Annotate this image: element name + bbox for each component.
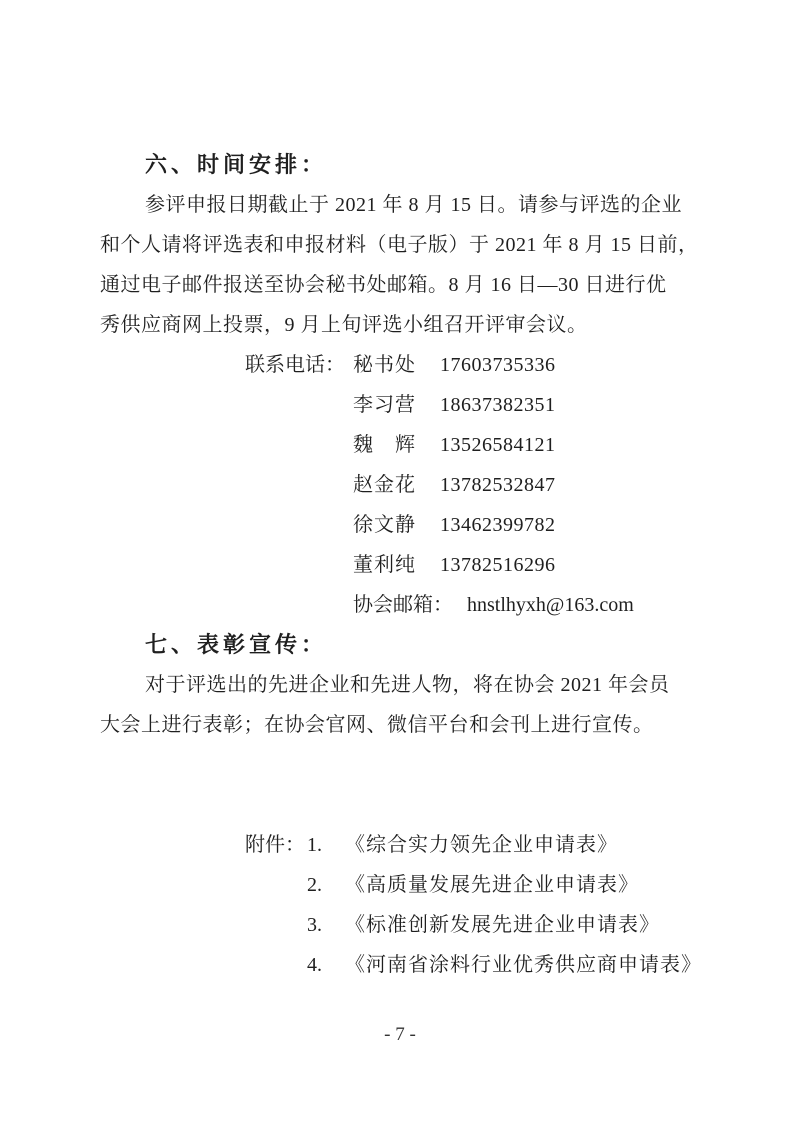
- contact-label-spacer: [245, 385, 353, 425]
- contact-phone: 13526584121: [440, 425, 556, 465]
- contact-label-spacer: [245, 465, 353, 505]
- attachment-number: 3.: [307, 905, 345, 945]
- contact-name: 魏 辉: [353, 425, 440, 465]
- paragraph-publicity: 对于评选出的先进企业和先进人物，将在协会 2021 年会员 大会上进行表彰；在协…: [100, 665, 700, 745]
- attachment-number: 4.: [307, 945, 345, 985]
- email-address: hnstlhyxh@163.com: [467, 585, 634, 625]
- contact-row: 徐文静 13462399782: [100, 505, 700, 545]
- attachment-title: 《河南省涂料行业优秀供应商申请表》: [345, 945, 702, 985]
- contact-name: 徐文静: [353, 505, 440, 545]
- attachment-title: 《高质量发展先进企业申请表》: [345, 865, 639, 905]
- contact-label-spacer: [245, 425, 353, 465]
- contact-row: 赵金花 13782532847: [100, 465, 700, 505]
- contact-list-label: 联系电话：: [245, 345, 353, 385]
- contact-phone: 13782516296: [440, 545, 556, 585]
- paragraph-line: 对于评选出的先进企业和先进人物，将在协会 2021 年会员: [100, 665, 700, 705]
- contact-label-spacer: [245, 505, 353, 545]
- contact-name: 赵金花: [353, 465, 440, 505]
- contact-phone: 13462399782: [440, 505, 556, 545]
- attachment-title: 《综合实力领先企业申请表》: [345, 825, 618, 865]
- paragraph-line: 秀供应商网上投票，9 月上旬评选小组召开评审会议。: [100, 305, 700, 345]
- attachment-item: 3. 《标准创新发展先进企业申请表》: [100, 905, 700, 945]
- paragraph-line: 大会上进行表彰；在协会官网、微信平台和会刊上进行宣传。: [100, 705, 700, 745]
- contact-row: 董利纯 13782516296: [100, 545, 700, 585]
- contact-name: 李习营: [353, 385, 440, 425]
- page-number: - 7 -: [100, 1015, 700, 1055]
- attachment-item: 附件： 1. 《综合实力领先企业申请表》: [100, 825, 700, 865]
- contact-name: 秘书处: [353, 345, 440, 385]
- contact-phone: 18637382351: [440, 385, 556, 425]
- contact-row: 李习营 18637382351: [100, 385, 700, 425]
- contact-list: 联系电话： 秘书处 17603735336 李习营 18637382351 魏 …: [100, 345, 700, 625]
- blank-space: [100, 745, 700, 825]
- document-page: 六、时间安排： 参评申报日期截止于 2021 年 8 月 15 日。请参与评选的…: [0, 0, 800, 1131]
- contact-row: 联系电话： 秘书处 17603735336: [100, 345, 700, 385]
- attachment-list: 附件： 1. 《综合实力领先企业申请表》 2. 《高质量发展先进企业申请表》 3…: [100, 825, 700, 985]
- email-label: 协会邮箱：: [353, 585, 453, 625]
- contact-label-spacer: [245, 545, 353, 585]
- contact-phone: 13782532847: [440, 465, 556, 505]
- attachment-number: 2.: [307, 865, 345, 905]
- paragraph-line: 通过电子邮件报送至协会秘书处邮箱。8 月 16 日—30 日进行优: [100, 265, 700, 305]
- paragraph-time: 参评申报日期截止于 2021 年 8 月 15 日。请参与评选的企业 和个人请将…: [100, 185, 700, 345]
- section-heading-time: 六、时间安排：: [100, 145, 700, 185]
- paragraph-line: 参评申报日期截止于 2021 年 8 月 15 日。请参与评选的企业: [100, 185, 700, 225]
- attachment-number: 1.: [307, 825, 345, 865]
- paragraph-line: 和个人请将评选表和申报材料（电子版）于 2021 年 8 月 15 日前，: [100, 225, 700, 265]
- attachments-label: 附件：: [245, 825, 307, 865]
- contact-row: 魏 辉 13526584121: [100, 425, 700, 465]
- section-heading-publicity: 七、表彰宣传：: [100, 625, 700, 665]
- attachment-item: 4. 《河南省涂料行业优秀供应商申请表》: [100, 945, 700, 985]
- attachment-item: 2. 《高质量发展先进企业申请表》: [100, 865, 700, 905]
- contact-name: 董利纯: [353, 545, 440, 585]
- association-email-row: 协会邮箱： hnstlhyxh@163.com: [100, 585, 700, 625]
- contact-phone: 17603735336: [440, 345, 556, 385]
- attachment-title: 《标准创新发展先进企业申请表》: [345, 905, 660, 945]
